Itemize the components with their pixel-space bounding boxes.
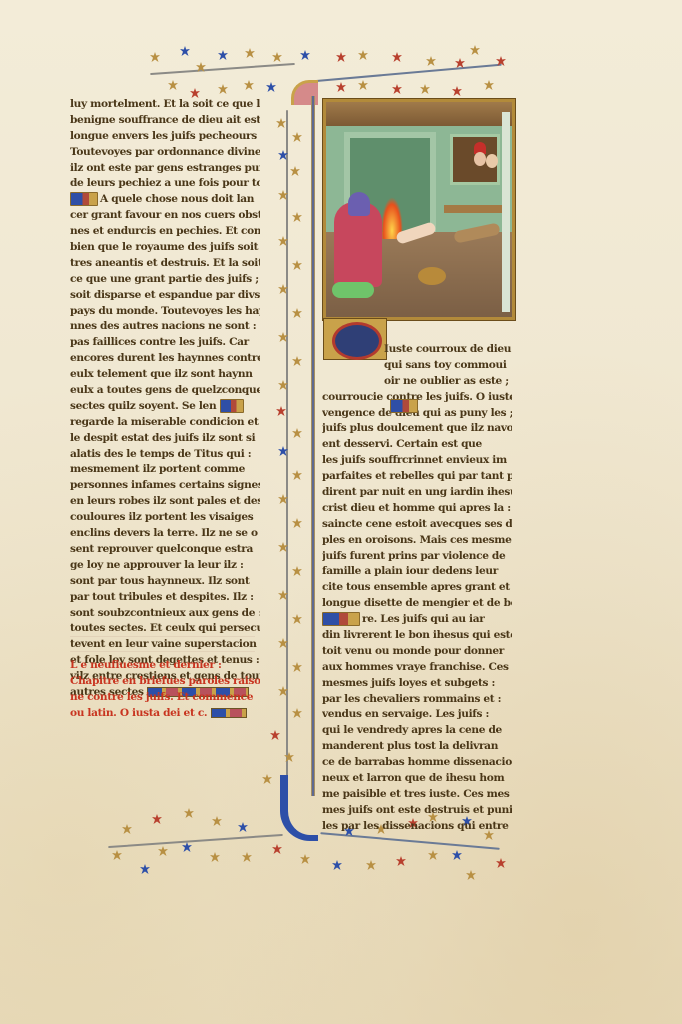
text-line: luy mortelment. Et la soit ce que la	[70, 97, 260, 113]
ivy-leaf-icon	[292, 518, 302, 528]
text-line: eulx telement que ilz sont haynn	[70, 367, 260, 383]
text-line: dirent par nuit en ung iardin ihesu	[322, 485, 512, 501]
ivy-leaf-icon	[158, 846, 168, 856]
text-line-content: ent desservi. Certain est que	[322, 438, 482, 450]
ivy-leaf-icon	[292, 566, 302, 576]
text-line-content: A quele chose nous doit lan	[100, 193, 254, 205]
text-line-content: re. Les juifs qui au iar	[362, 613, 484, 625]
ivy-leaf-icon	[496, 858, 506, 868]
ivy-leaf-icon	[112, 850, 122, 860]
text-line: ge loy ne approuver la leur ilz :	[70, 558, 260, 574]
ivy-leaf-icon	[272, 52, 282, 62]
ivy-leaf-icon	[300, 50, 310, 60]
ivy-leaf-icon	[184, 808, 194, 818]
rubric-line: ne contre les juifs. Et commence	[70, 690, 260, 706]
text-line: soit disparse et espandue par divs	[70, 288, 260, 304]
ivy-leaf-icon	[276, 118, 286, 128]
text-line: longue envers les juifs pecheours .	[70, 129, 260, 145]
text-line: crist dieu et homme qui apres la :	[322, 501, 512, 517]
ivy-leaf-icon	[152, 814, 162, 824]
text-line: ilz ont este par gens estranges punis	[70, 161, 260, 177]
text-line: longue disette de mengier et de boi	[322, 596, 512, 612]
ivy-leaf-icon	[292, 614, 302, 624]
text-line: en leurs robes ilz sont pales et des	[70, 494, 260, 510]
text-line: Toutevoyes par ordonnance divine	[70, 145, 260, 161]
text-line: juifs plus doulcement que ilz navoi	[322, 421, 512, 437]
text-line: alatis des le temps de Titus qui :	[70, 447, 260, 463]
ivy-leaf-icon	[466, 870, 476, 880]
miniature-table	[444, 205, 502, 213]
ivy-leaf-icon	[182, 842, 192, 852]
text-line: benigne souffrance de dieu ait este ;	[70, 113, 260, 129]
text-line-with-initial: sectes quilz soyent. Se len	[70, 399, 260, 415]
text-line: personnes infames certains signes	[70, 478, 260, 494]
miniature-pillar	[502, 112, 510, 312]
manuscript-page: luy mortelment. Et la soit ce que la ben…	[0, 0, 682, 1024]
text-line-with-initial: ent desservi. Certain est que	[322, 437, 512, 453]
text-line: pays du monde. Toutevoyes les hay	[70, 304, 260, 320]
text-line: mesmement ilz portent comme	[70, 462, 260, 478]
ivy-leaf-icon	[358, 50, 368, 60]
ivy-leaf-icon	[212, 816, 222, 826]
border-vine-bottom-right	[320, 832, 499, 850]
text-line: eulx a toutes gens de quelzconques	[70, 383, 260, 399]
ivy-leaf-icon	[244, 80, 254, 90]
text-line: nes et endurcis en pechies. Et com	[70, 224, 260, 240]
ivy-leaf-icon	[332, 860, 342, 870]
text-line: le despit estat des juifs ilz sont si	[70, 431, 260, 447]
ivy-leaf-icon	[292, 260, 302, 270]
text-line: nnes des autres nacions ne sont :	[70, 319, 260, 335]
chapter-rubric: L e neufiuesme et dernier : Chapitre en …	[70, 658, 260, 722]
text-line: mesmes juifs loyes et subgets :	[322, 676, 512, 692]
text-line: aux hommes vraye franchise. Ces	[322, 660, 512, 676]
ivy-leaf-icon	[292, 428, 302, 438]
text-line: couloures ilz portent les visaiges	[70, 510, 260, 526]
text-line-content: ou latin. O iusta dei et c.	[70, 707, 207, 719]
ivy-leaf-icon	[242, 852, 252, 862]
text-line: neux et larron que de ihesu hom	[322, 771, 512, 787]
ivy-leaf-icon	[426, 56, 436, 66]
rubric-line-with-filler: ou latin. O iusta dei et c.	[70, 706, 260, 722]
miniature-onlooker-2	[486, 154, 498, 168]
text-line: sont par tous haynneux. Ilz sont	[70, 574, 260, 590]
text-line: sont soubzcontnieux aux gens de :	[70, 606, 260, 622]
border-vine-top-right	[312, 64, 501, 83]
ivy-leaf-icon	[392, 84, 402, 94]
text-line: encores durent les haynnes contre	[70, 351, 260, 367]
miniature-ceiling	[326, 102, 512, 126]
border-bar-hook-bottom	[280, 775, 318, 841]
text-line: parfaites et rebelles qui par tant puni	[322, 469, 512, 485]
ivy-leaf-icon	[276, 406, 286, 416]
text-line: manderent plus tost la delivran	[322, 739, 512, 755]
ivy-leaf-icon	[292, 308, 302, 318]
ivy-leaf-icon	[122, 824, 132, 834]
rubric-line: Chapitre en briefues paroles raiso	[70, 674, 260, 690]
text-line: ples en oroisons. Mais ces mesmes	[322, 533, 512, 549]
text-line: tres aneantis et destruis. Et la soit	[70, 256, 260, 272]
decorated-initial-icon	[390, 399, 418, 413]
text-line: famille a plain iour dedens leur	[322, 564, 512, 580]
ivy-leaf-icon	[210, 852, 220, 862]
text-line-with-initial: re. Les juifs qui au iar	[322, 612, 512, 628]
ivy-leaf-icon	[245, 48, 255, 58]
ivy-leaf-icon	[266, 82, 276, 92]
ivy-leaf-icon	[218, 84, 228, 94]
text-line-with-initial: A quele chose nous doit lan	[70, 192, 260, 208]
miniature-cushion	[332, 282, 374, 298]
text-line: bien que le royaume des juifs soit	[70, 240, 260, 256]
ivy-leaf-icon	[150, 52, 160, 62]
text-line: sent reprouver quelconque estra	[70, 542, 260, 558]
ivy-leaf-icon	[392, 52, 402, 62]
text-line: saincte cene estoit avecques ses disci	[322, 517, 512, 533]
text-line: toit venu ou monde pour donner	[322, 644, 512, 660]
ivy-leaf-icon	[292, 662, 302, 672]
text-line: les juifs souffrcrinnet envieux im	[322, 453, 512, 469]
ivy-leaf-icon	[140, 864, 150, 874]
ivy-leaf-icon	[238, 822, 248, 832]
text-line: les par les dissenacions qui entre	[322, 819, 512, 835]
line-filler-icon	[211, 708, 247, 718]
ivy-leaf-icon	[470, 45, 480, 55]
ivy-leaf-icon	[366, 860, 376, 870]
text-line: vendus en servaige. Les juifs :	[322, 707, 512, 723]
rubric-line: L e neufiuesme et dernier :	[70, 658, 260, 674]
text-line: par les chevaliers rommains et :	[322, 692, 512, 708]
text-line: din livrerent le bon ihesus qui estoit	[322, 628, 512, 644]
text-line: regarde la miserable condicion et	[70, 415, 260, 431]
text-line: cite tous ensemble apres grant et	[322, 580, 512, 596]
ivy-leaf-icon	[218, 50, 228, 60]
ivy-leaf-icon	[396, 856, 406, 866]
ivy-leaf-icon	[336, 82, 346, 92]
text-line: de leurs pechiez a une fois pour toutes	[70, 176, 260, 192]
ivy-leaf-icon	[300, 854, 310, 864]
miniature-bellows	[418, 267, 446, 285]
decorated-initial-icon	[220, 399, 244, 413]
ivy-leaf-icon	[420, 84, 430, 94]
ivy-leaf-icon	[336, 52, 346, 62]
miniature-painting	[323, 99, 515, 320]
ivy-leaf-icon	[484, 80, 494, 90]
text-line: Iuste courroux de dieu :	[322, 342, 512, 358]
ivy-leaf-icon	[292, 470, 302, 480]
ivy-leaf-icon	[292, 132, 302, 142]
text-line: ce de barrabas homme dissenacion	[322, 755, 512, 771]
ivy-leaf-icon	[428, 850, 438, 860]
ivy-leaf-icon	[270, 730, 280, 740]
ivy-leaf-icon	[452, 850, 462, 860]
text-line: qui le vendredy apres la cene de	[322, 723, 512, 739]
border-bar-vertical	[311, 96, 315, 796]
border-vine-bottom-left	[108, 834, 283, 848]
text-line: ce que une grant partie des juifs ;	[70, 272, 260, 288]
text-line: oir ne oublier as este ;	[322, 374, 512, 390]
ivy-leaf-icon	[358, 80, 368, 90]
left-text-column: luy mortelment. Et la soit ce que la ben…	[70, 97, 260, 701]
border-vine-top-left	[150, 63, 295, 75]
right-text-column: Iuste courroux de dieu : qui sans toy co…	[322, 342, 512, 835]
text-line: par tout tribules et despites. Ilz :	[70, 590, 260, 606]
miniature-hood	[348, 192, 370, 216]
text-line-content: sectes quilz soyent. Se len	[70, 400, 216, 412]
text-line: me paisible et tres iuste. Ces mes	[322, 787, 512, 803]
ivy-leaf-icon	[292, 212, 302, 222]
ivy-leaf-icon	[292, 356, 302, 366]
ivy-leaf-icon	[168, 80, 178, 90]
ivy-leaf-icon	[452, 86, 462, 96]
ivy-leaf-icon	[262, 774, 272, 784]
decorated-initial-icon	[322, 612, 360, 626]
decorated-initial-icon	[70, 192, 98, 206]
text-line: enclins devers la terre. Ilz ne se o	[70, 526, 260, 542]
text-line: cer grant favour en nos cuers obsti	[70, 208, 260, 224]
ivy-leaf-icon	[180, 46, 190, 56]
text-line: juifs furent prins par violence de	[322, 549, 512, 565]
ivy-leaf-icon	[292, 708, 302, 718]
ivy-leaf-icon	[272, 844, 282, 854]
text-line: mes juifs ont este destruis et puni	[322, 803, 512, 819]
text-line: pas faillices contre les juifs. Car	[70, 335, 260, 351]
ivy-leaf-icon	[290, 166, 300, 176]
miniature-onlooker-1	[474, 152, 486, 166]
text-line: qui sans toy commoui	[322, 358, 512, 374]
